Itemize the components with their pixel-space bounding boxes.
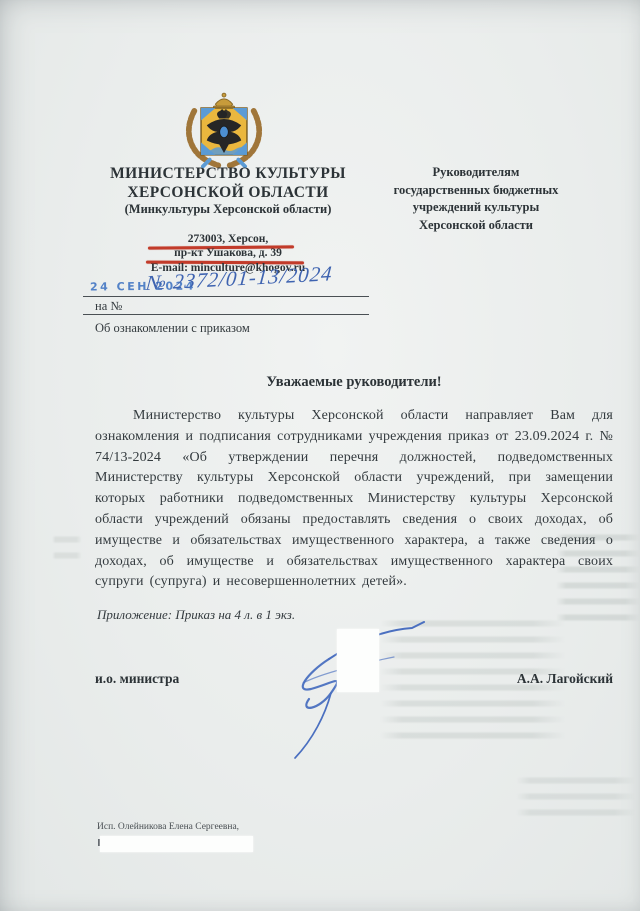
phone-redaction-box	[100, 836, 253, 852]
signer-title: и.о. министра	[95, 671, 179, 687]
executor-line: Исп. Олейникова Елена Сергеевна,	[97, 822, 239, 832]
salutation: Уважаемые руководители!	[95, 374, 613, 391]
kherson-oblast-coat-of-arms-icon	[180, 91, 268, 169]
bleed-through-text	[516, 773, 636, 823]
postal-address-line1: 273003, Херсон,	[58, 233, 398, 246]
addressee-line: Руководителям	[372, 164, 580, 182]
org-name: МИНИСТЕРСТВО КУЛЬТУРЫ ХЕРСОНСКОЙ ОБЛАСТИ	[58, 165, 398, 202]
bleed-through-text	[52, 532, 82, 566]
scanned-letter-page: МИНИСТЕРСТВО КУЛЬТУРЫ ХЕРСОНСКОЙ ОБЛАСТИ…	[0, 0, 640, 911]
org-name-line2: ХЕРСОНСКОЙ ОБЛАСТИ	[58, 184, 398, 203]
addressee-line: государственных бюджетных	[372, 182, 580, 200]
body-paragraph: Министерство культуры Херсонской области…	[95, 406, 613, 593]
org-name-line1: МИНИСТЕРСТВО КУЛЬТУРЫ	[58, 165, 398, 184]
subject-line: Об ознакомлении с приказом	[95, 321, 250, 336]
org-short-name: (Минкультуры Херсонской области)	[58, 202, 398, 217]
addressee-line: учреждений культуры	[372, 199, 580, 217]
in-reply-to-label: на №	[95, 299, 122, 314]
divider-line	[83, 296, 369, 297]
postal-address-line2: пр-кт Ушакова, д. 39	[58, 247, 398, 260]
signature-redaction-box	[337, 629, 379, 692]
addressee-block: Руководителям государственных бюджетных …	[372, 164, 580, 234]
signer-name: А.А. Лагойский	[517, 671, 613, 687]
divider-line	[83, 314, 369, 315]
addressee-line: Херсонской области	[372, 217, 580, 235]
